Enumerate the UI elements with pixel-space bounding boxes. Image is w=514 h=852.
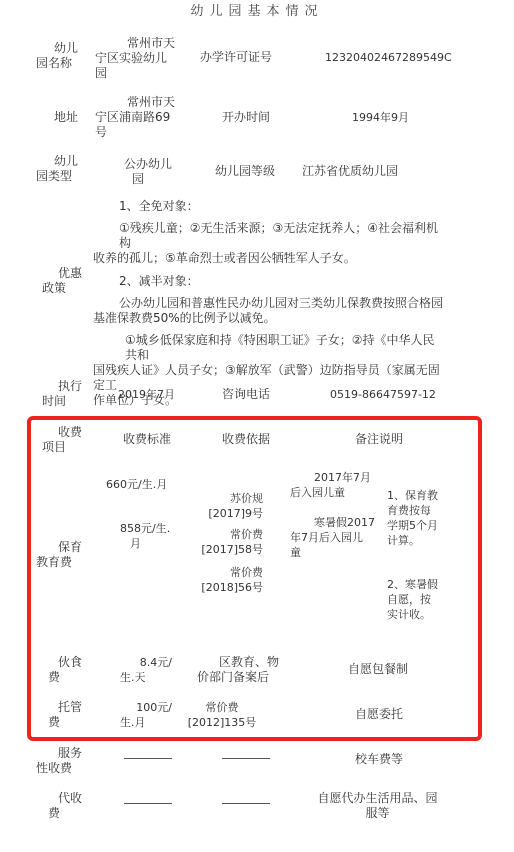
collection-fee-basis-dash (222, 803, 270, 804)
care-fee-label: 托管 费 (48, 700, 82, 730)
education-fee-basis-2: 常价费 [2017]58号 (195, 527, 263, 557)
collection-fee-label: 代收 费 (48, 791, 82, 821)
collection-fee-standard-dash (124, 803, 172, 804)
kindergarten-grade-label: 幼儿园等级 (215, 164, 275, 179)
service-fee-standard-dash (124, 758, 172, 759)
fee-remarks-header: 备注说明 (355, 432, 403, 447)
fee-item-header: 收费 项目 (42, 425, 82, 455)
education-fee-note-2: 2、寒暑假 自愿，按 实计收。 (387, 577, 447, 622)
kindergarten-type-value: 公办幼儿 园 (124, 157, 176, 187)
policy-content: 1、全免对象： ①残疾儿童；②无生活来源；③无法定抚养人；④社会福利机构 收养的… (93, 199, 443, 408)
kindergarten-name-value: 常州市天 宁区实验幼儿 园 (95, 36, 175, 81)
phone-value: 0519-86647597-12 (330, 387, 436, 402)
meal-fee-standard: 8.4元/ 生.天 (120, 655, 172, 685)
exec-time-value: 2019年7月 (118, 387, 175, 402)
license-value: 12320402467289549C (325, 50, 452, 65)
education-fee-standard-2: 858元/生. 月 (120, 521, 180, 551)
kindergarten-name-label: 幼儿 园名称 (36, 41, 78, 71)
care-fee-standard: 100元/ 生.月 (120, 700, 172, 730)
kindergarten-grade-value: 江苏省优质幼儿园 (302, 164, 398, 179)
address-label: 地址 (54, 110, 78, 125)
service-fee-remarks: 校车费等 (355, 752, 403, 767)
exec-time-label: 执行 时间 (42, 379, 82, 409)
education-fee-group-2: 寒暑假2017 年7月后入园儿 童 (290, 515, 380, 560)
phone-label: 咨询电话 (222, 387, 270, 402)
fee-standard-header: 收费标准 (123, 432, 171, 447)
education-fee-basis-3: 常价费 [2018]56号 (195, 565, 263, 595)
service-fee-label: 服务 性收费 (36, 746, 82, 776)
education-fee-basis-1: 苏价规 [2017]9号 (195, 491, 263, 521)
policy-label: 优惠 政策 (42, 266, 82, 296)
meal-fee-label: 伙食 费 (48, 655, 82, 685)
half-title: 2、减半对象： (93, 274, 443, 289)
address-value: 常州市天 宁区浦南路69 号 (95, 95, 175, 140)
opening-date-value: 1994年9月 (352, 110, 409, 125)
meal-fee-basis: 区教育、物 价部门备案后 (197, 655, 279, 685)
education-fee-standard-1: 660元/生.月 (106, 477, 167, 492)
education-fee-group-1: 2017年7月 后入园儿童 (290, 470, 374, 500)
collection-fee-remarks: 自愿代办生活用品、园 服等 (310, 791, 445, 821)
fee-basis-header: 收费依据 (222, 432, 270, 447)
care-fee-basis: 常价费 [2012]135号 (187, 700, 257, 730)
education-fee-label: 保育 教育费 (36, 540, 82, 570)
page-title: 幼儿园基本情况 (0, 4, 514, 19)
meal-fee-remarks: 自愿包餐制 (348, 662, 408, 677)
service-fee-basis-dash (222, 758, 270, 759)
education-fee-note-1: 1、保育教 育费按每 学期5个月 计算。 (387, 488, 447, 548)
kindergarten-type-label: 幼儿 园类型 (36, 154, 78, 184)
care-fee-remarks: 自愿委托 (355, 707, 403, 722)
license-label: 办学许可证号 (200, 50, 272, 65)
exempt-title: 1、全免对象： (93, 199, 443, 214)
opening-date-label: 开办时间 (222, 110, 270, 125)
